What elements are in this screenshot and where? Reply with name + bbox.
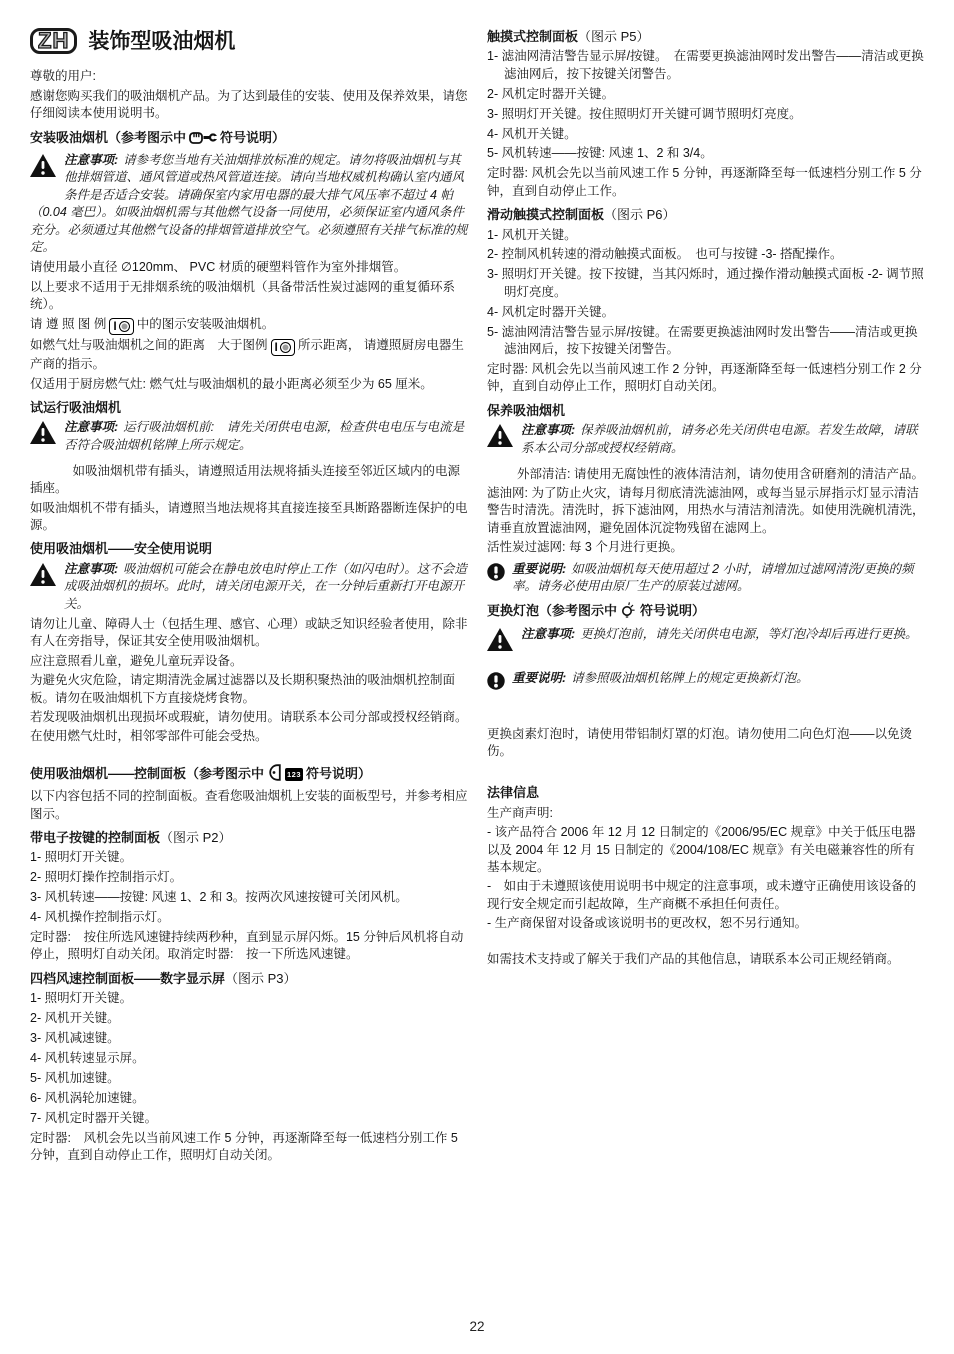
paragraph: 为避免火灾危险，请定期清洗金属过滤器以及长期积聚热油的吸油烟机控制面板。请勿在吸… [30,672,470,707]
list-item: 7- 风机定时器开关键。 [30,1110,470,1127]
section-heading-p6: 滑动触摸式控制面板（图示 P6） [487,206,927,223]
manual-page: ZH 装饰型吸油烟机 尊敬的用户: 感谢您购买我们的吸油烟机产品。为了达到最佳的… [0,0,954,1354]
section-heading-safety: 使用吸油烟机——安全使用说明 [30,540,470,557]
two-column-layout: ZH 装饰型吸油烟机 尊敬的用户: 感谢您购买我们的吸油烟机产品。为了达到最佳的… [0,0,954,1166]
section-heading-legal: 法律信息 [487,784,927,801]
warning-icon [30,154,56,182]
note-label: 重要说明: [512,671,566,685]
right-column: 触摸式控制面板（图示 P5） 1- 滤油网清洁警告显示屏/按键。 在需要更换滤油… [487,26,927,1166]
legal-item: - 如由于未遵照该使用说明书中规定的注意事项，或未遵守正确使用该设备的现行安全规… [487,878,927,913]
paragraph: 如吸油烟机不带有插头，请遵照当地法规将其直接连接至具断路器断连保护的电源。 [30,500,470,535]
list-item: 5- 滤油网清洁警告显示屏/按键。在需要更换滤油网时发出警告——清洁或更换滤油网… [487,324,927,359]
section-heading-p5: 触摸式控制面板（图示 P5） [487,28,927,45]
note-label: 注意事项: [64,153,118,167]
note-text: 运行吸油烟机前: 请先关闭供电电源，检查供电电压与电流是否符合吸油烟机铭牌上所示… [64,420,464,451]
paragraph: 滤油网: 为了防止火灾，请每月彻底清洗滤油网，或每当显示屏指示灯显示清洁警告时清… [487,485,927,537]
language-badge: ZH [30,28,77,54]
timer-note: 定时器: 风机会先以当前风速工作 5 分钟，再逐渐降至每一低速档分别工作 5 分… [487,165,927,200]
note-text: 保养吸油烟机前，请务必先关闭供电电源。若发生故障，请联系本公司分部或授权经销商。 [521,423,918,454]
note-label: 重要说明: [512,562,566,576]
note-label: 注意事项: [64,420,118,434]
legal-item: - 生产商保留对设备或该说明书的更改权，恕不另行通知。 [487,915,927,932]
paragraph: 如吸油烟机带有插头，请遵照适用法规将插头连接至邻近区域内的电源插座。 [30,463,470,498]
paragraph: 请勿让儿童、障碍人士（包括生理、感官、心理）或缺乏知识经验者使用，除非有人在旁指… [30,616,470,651]
list-item: 3- 风机减速键。 [30,1030,470,1047]
section-heading-bulb: 更换灯泡（参考图示中符号说明） [487,601,927,622]
list-item: 1- 滤油网清洁警告显示屏/按键。 在需要更换滤油网时发出警告——清洁或更换滤油… [487,48,927,83]
timer-note: 定时器: 风机会先以当前风速工作 5 分钟，再逐渐降至每一低速档分别工作 5 分… [30,1130,470,1165]
warning-icon [30,563,56,591]
list-item: 2- 风机定时器开关键。 [487,86,927,103]
paragraph-with-figure: 如燃气灶与吸油烟机之间的距离 大于图例I所示距离， 请遵照厨房电器生产商的指示。 [30,337,470,374]
section-heading-maintain: 保养吸油烟机 [487,402,927,419]
list-item: 4- 风机操作控制指示灯。 [30,909,470,926]
page-number: 22 [0,1319,954,1334]
note-text: 吸油烟机可能会在静电放电时停止工作（如闪电时）。这不会造成吸油烟机的损坏。此时，… [64,562,467,611]
paragraph-with-figure: 请 遵 照 图 例I中的图示安装吸油烟机。 [30,316,470,335]
note-text: 如吸油烟机每天使用超过 2 小时，请增加过滤网清洗/更换的频率。请务必使用由原厂… [512,562,914,593]
list-item: 1- 照明灯开关键。 [30,990,470,1007]
warning-note: 注意事项:吸油烟机可能会在静电放电时停止工作（如闪电时）。这不会造成吸油烟机的损… [30,561,470,613]
list-item: 6- 风机涡轮加速键。 [30,1090,470,1107]
warning-note: 注意事项:请参考您当地有关油烟排放标准的规定。请勿将吸油烟机与其他排烟管道、通风… [30,152,470,256]
paragraph: 以下内容包括不同的控制面板。查看您吸油烟机上安装的面板型号，并参考相应图示。 [30,788,470,823]
paragraph: 应注意照看儿童，避免儿童玩弄设备。 [30,653,470,670]
figure-ref-icon: I [271,339,295,356]
list-item: 4- 风机开关键。 [487,126,927,143]
paragraph: 活性炭过滤网: 每 3 个月进行更换。 [487,539,927,556]
list-item: 3- 照明灯开关键。按住照明灯开关键可调节照明灯亮度。 [487,106,927,123]
warning-icon [487,424,513,452]
left-column: ZH 装饰型吸油烟机 尊敬的用户: 感谢您购买我们的吸油烟机产品。为了达到最佳的… [30,26,470,1166]
warning-icon [30,421,56,449]
paragraph: 在使用燃气灶时，相邻零部件可能会受热。 [30,728,470,745]
section-heading-install: 安装吸油烟机（参考图示中符号说明） [30,129,470,149]
warning-note: 注意事项:运行吸油烟机前: 请先关闭供电电源，检查供电电压与电流是否符合吸油烟机… [30,419,470,459]
note-label: 注意事项: [521,423,575,437]
list-item: 2- 控制风机转速的滑动触摸式面板。 也可与按键 -3- 搭配操作。 [487,246,927,263]
important-icon [487,672,505,695]
section-heading-trial: 试运行吸油烟机 [30,399,470,416]
panel-ref-icon [267,764,282,785]
paragraph: 请使用最小直径 ∅120mm、 PVC 材质的硬塑料管作为室外排烟管。 [30,259,470,276]
list-item: 4- 风机定时器开关键。 [487,304,927,321]
warning-icon [487,628,513,656]
section-heading-p2: 带电子按键的控制面板（图示 P2） [30,829,470,846]
hand-wrench-icon [189,130,217,149]
important-icon [487,563,505,586]
figure-dot-icon [119,321,130,332]
bulb-icon [620,601,637,622]
page-title: 装饰型吸油烟机 [88,33,235,50]
list-item: 2- 照明灯操作控制指示灯。 [30,869,470,886]
paragraph: 外部清洁: 请使用无腐蚀性的液体清洁剂，请勿使用含研磨剂的清洁产品。 [487,466,927,483]
list-item: 2- 风机开关键。 [30,1010,470,1027]
paragraph: 如需技术支持或了解关于我们产品的其他信息，请联系本公司正规经销商。 [487,951,927,968]
note-label: 注意事项: [64,562,118,576]
paragraph: 更换卤素灯泡时，请使用带铝制灯罩的灯泡。请勿使用二向色灯泡——以免烫伤。 [487,726,927,761]
paragraph: 若发现吸油烟机出现损坏或瑕疵，请勿使用。请联系本公司分部或授权经销商。 [30,709,470,726]
timer-note: 定时器: 按住所选风速键持续两秒种，直到显示屏闪烁。15 分钟后风机将自动停止，… [30,929,470,964]
note-text: 请参照吸油烟机铭牌上的规定更换新灯泡。 [571,671,809,685]
section-heading-panels: 使用吸油烟机——控制面板（参考图示中123符号说明） [30,764,470,785]
warning-note: 注意事项:更换灯泡前，请先关闭供电电源，等灯泡冷却后再进行更换。 [487,626,927,666]
paragraph: 以上要求不适用于无排烟系统的吸油烟机（具备带活性炭过滤网的重复循环系统）。 [30,279,470,314]
paragraph: 感谢您购买我们的吸油烟机产品。为了达到最佳的安装、使用及保养效果，请您仔细阅读本… [30,88,470,123]
warning-note: 注意事项:保养吸油烟机前，请务必先关闭供电电源。若发生故障，请联系本公司分部或授… [487,422,927,462]
paragraph: 生产商声明: [487,805,927,822]
figure-ref-icon: I [109,318,133,335]
greeting: 尊敬的用户: [30,68,470,85]
list-item: 4- 风机转速显示屏。 [30,1050,470,1067]
note-text: 更换灯泡前，请先关闭供电电源，等灯泡冷却后再进行更换。 [580,627,918,641]
section-heading-p3: 四档风速控制面板——数字显示屏（图示 P3） [30,970,470,987]
important-note: 重要说明:请参照吸油烟机铭牌上的规定更换新灯泡。 [487,670,927,701]
list-item: 1- 风机开关键。 [487,227,927,244]
legal-item: - 该产品符合 2006 年 12 月 12 日制定的《2006/95/EC 规… [487,824,927,876]
list-item: 1- 照明灯开关键。 [30,849,470,866]
list-item: 5- 风机加速键。 [30,1070,470,1087]
figure-dot-icon [280,342,291,353]
note-label: 注意事项: [521,627,575,641]
numbers-badge: 123 [285,768,303,781]
paragraph: 仅适用于厨房燃气灶: 燃气灶与吸油烟机的最小距离必须至少为 65 厘米。 [30,376,470,393]
list-item: 3- 照明灯开关键。按下按键，当其闪烁时，通过操作滑动触摸式面板 -2- 调节照… [487,266,927,301]
timer-note: 定时器: 风机会先以当前风速工作 2 分钟，再逐渐降至每一低速档分别工作 2 分… [487,361,927,396]
note-text: 请参考您当地有关油烟排放标准的规定。请勿将吸油烟机与其他排烟管道、通风管道或热风… [30,153,468,254]
list-item: 5- 风机转速——按键: 风速 1、2 和 3/4。 [487,145,927,162]
page-header: ZH 装饰型吸油烟机 [30,28,470,54]
important-note: 重要说明:如吸油烟机每天使用超过 2 小时，请增加过滤网清洗/更换的频率。请务必… [487,561,927,596]
list-item: 3- 风机转速——按键: 风速 1、2 和 3。按两次风速按键可关闭风机。 [30,889,470,906]
